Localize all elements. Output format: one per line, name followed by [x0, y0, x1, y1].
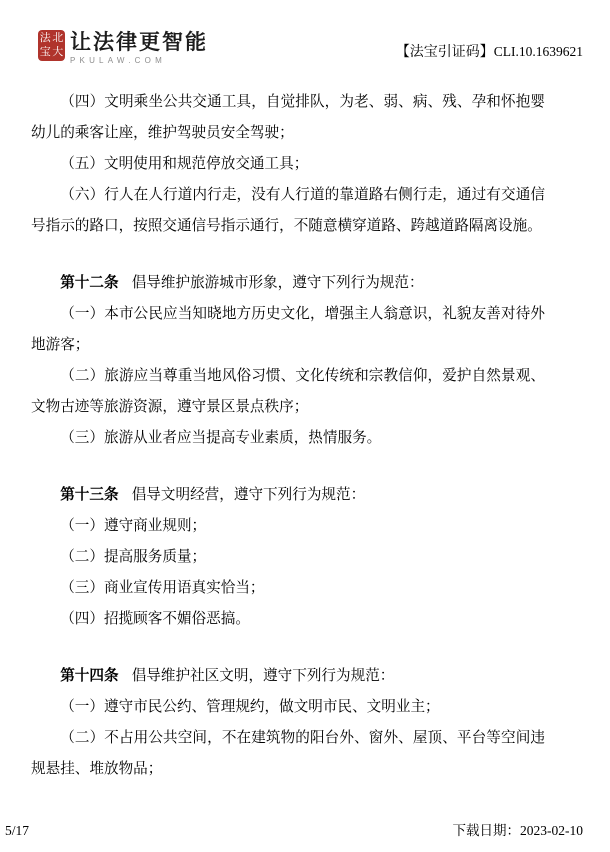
- body-paragraph: （一）遵守商业规则；: [31, 511, 545, 542]
- document-body: （四）文明乘坐公共交通工具，自觉排队，为老、弱、病、残、孕和怀抱婴幼儿的乘客让座…: [31, 87, 545, 785]
- body-paragraph: （三）商业宣传用语真实恰当；: [31, 573, 545, 604]
- page-footer: 5/17 下载日期：2023-02-10: [5, 819, 583, 839]
- article-paragraph: 第十四条倡导维护社区文明，遵守下列行为规范：: [31, 661, 545, 692]
- citation-code-value: CLI.10.1639621: [494, 44, 583, 59]
- article-paragraph: 第十二条倡导维护旅游城市形象，遵守下列行为规范：: [31, 268, 545, 299]
- citation-label: 【法宝引证码】: [396, 45, 494, 60]
- body-paragraph: （二）不占用公共空间，不在建筑物的阳台外、窗外、屋顶、平台等空间违规悬挂、堆放物…: [31, 723, 545, 785]
- download-date-label: 下载日期：: [453, 823, 521, 838]
- body-paragraph: （四）文明乘坐公共交通工具，自觉排队，为老、弱、病、残、孕和怀抱婴幼儿的乘客让座…: [31, 87, 545, 149]
- article-number: 第十三条: [60, 487, 118, 503]
- pkulaw-seal-logo-icon: 法 北 宝 大: [38, 30, 65, 61]
- seal-char: 北: [52, 32, 65, 46]
- seal-char: 宝: [39, 46, 52, 60]
- seal-char: 大: [52, 46, 65, 60]
- body-paragraph: （一）本市公民应当知晓地方历史文化，增强主人翁意识，礼貌友善对待外地游客；: [31, 299, 545, 361]
- logo-text: 让法律更智能 PKULAW.COM: [70, 30, 208, 65]
- article-number: 第十二条: [60, 275, 118, 291]
- body-paragraph: （四）招揽顾客不媚俗恶搞。: [31, 604, 545, 635]
- body-paragraph: （五）文明使用和规范停放交通工具；: [31, 149, 545, 180]
- pkulaw-logo: 法 北 宝 大 让法律更智能 PKULAW.COM: [38, 30, 208, 65]
- body-paragraph: （六）行人在人行道内行走，没有人行道的靠道路右侧行走，通过有交通信号指示的路口，…: [31, 180, 545, 242]
- article-text: 倡导维护社区文明，遵守下列行为规范：: [132, 668, 395, 684]
- logo-domain: PKULAW.COM: [70, 56, 208, 65]
- body-paragraph: （二）提高服务质量；: [31, 542, 545, 573]
- logo-slogan: 让法律更智能: [70, 30, 208, 55]
- seal-char: 法: [39, 32, 52, 46]
- citation-code: 【法宝引证码】CLI.10.1639621: [396, 30, 583, 61]
- document-page: 法 北 宝 大 让法律更智能 PKULAW.COM 【法宝引证码】CLI.10.…: [0, 0, 610, 852]
- download-date: 下载日期：2023-02-10: [453, 819, 584, 839]
- page-header: 法 北 宝 大 让法律更智能 PKULAW.COM 【法宝引证码】CLI.10.…: [38, 30, 583, 65]
- body-paragraph: （一）遵守市民公约、管理规约，做文明市民、文明业主；: [31, 692, 545, 723]
- article-text: 倡导文明经营，遵守下列行为规范：: [132, 487, 366, 503]
- page-indicator: 5/17: [5, 823, 29, 839]
- download-date-value: 2023-02-10: [520, 823, 583, 838]
- article-text: 倡导维护旅游城市形象，遵守下列行为规范：: [132, 275, 424, 291]
- article-number: 第十四条: [60, 668, 118, 684]
- body-paragraph: （三）旅游从业者应当提高专业素质，热情服务。: [31, 423, 545, 454]
- body-paragraph: （二）旅游应当尊重当地风俗习惯、文化传统和宗教信仰，爱护自然景观、文物古迹等旅游…: [31, 361, 545, 423]
- article-paragraph: 第十三条倡导文明经营，遵守下列行为规范：: [31, 480, 545, 511]
